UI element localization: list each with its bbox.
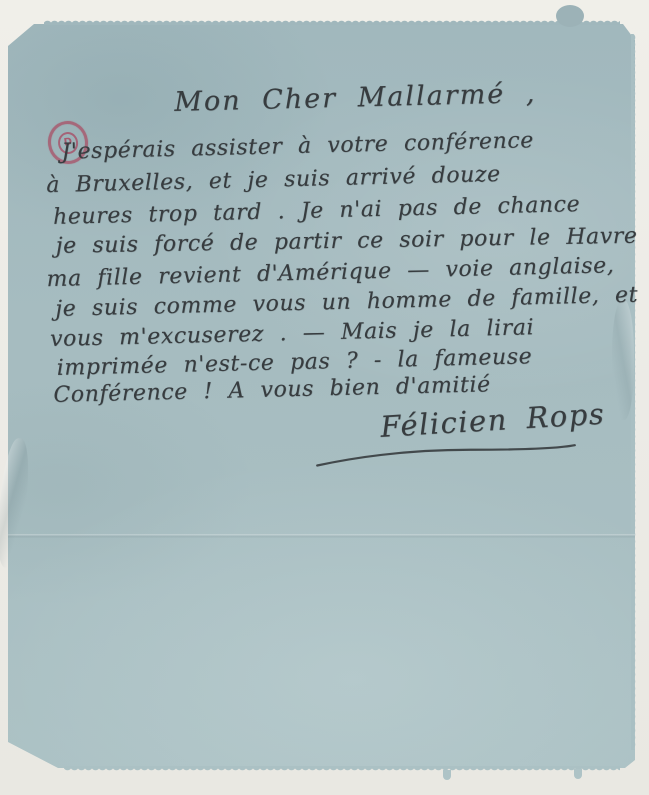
scanned-letter-background: D Mon Cher Mallarmé , J'espérais assiste…	[0, 0, 649, 795]
letter-salutation: Mon Cher Mallarmé ,	[174, 78, 537, 118]
letter-line: J'espérais assister à votre conférence	[61, 128, 534, 165]
paper-tear-tab	[574, 769, 582, 779]
paper-tear-tab	[443, 770, 451, 780]
letter-line: heures trop tard . Je n'ai pas de chance	[53, 192, 581, 230]
letter-line: je suis forcé de partir ce soir pour le …	[56, 224, 638, 259]
signature-flourish	[311, 439, 582, 472]
letter-line: à Bruxelles, et je suis arrivé douze	[46, 162, 501, 198]
letter-signature: Félicien Rops	[379, 397, 606, 444]
handwritten-text-block: Mon Cher Mallarmé , J'espérais assister …	[4, 10, 649, 769]
perforated-edge-bottom	[64, 766, 620, 775]
